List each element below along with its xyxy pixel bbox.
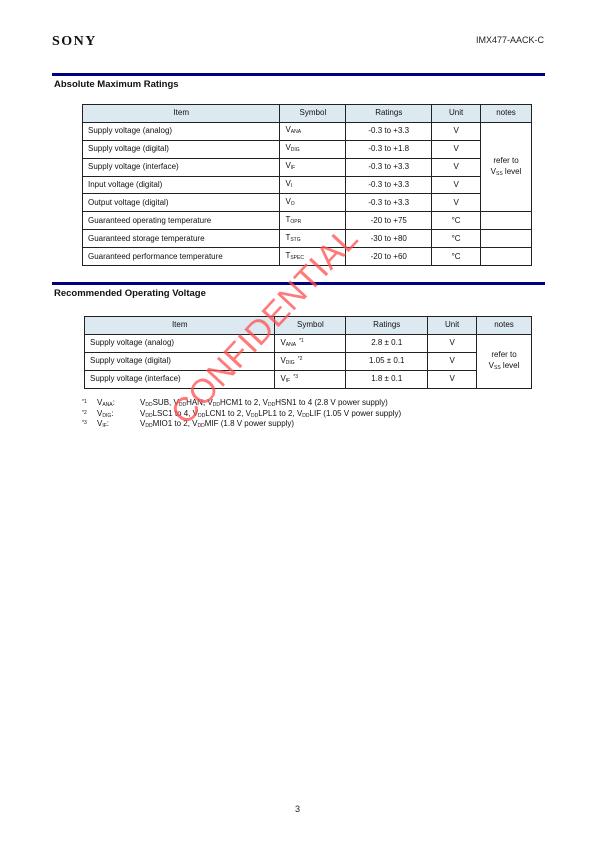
symbol-subscript: DIG bbox=[291, 147, 300, 153]
footnote-mark: *3 bbox=[82, 420, 97, 431]
table-row: Supply voltage (digital)VDIG*21.05 ± 0.1… bbox=[85, 352, 532, 370]
table-row: Guaranteed storage temperatureTSTG-30 to… bbox=[83, 230, 532, 248]
item-cell: Guaranteed operating temperature bbox=[83, 212, 280, 230]
unit-cell: V bbox=[428, 370, 477, 388]
footnote-ref: *1 bbox=[299, 338, 304, 344]
column-header: Item bbox=[83, 105, 280, 123]
footnote-ref: *3 bbox=[293, 374, 298, 380]
footnote-symbol: VANA: bbox=[97, 399, 140, 410]
ratings-cell: -0.3 to +1.8 bbox=[346, 140, 432, 158]
column-header: Symbol bbox=[280, 105, 346, 123]
footnote-symbol: VIF: bbox=[97, 420, 140, 431]
notes-cell bbox=[481, 248, 532, 266]
footnote-item: *1VANA:VDDSUB, VDDHAN, VDDHCM1 to 2, VDD… bbox=[82, 399, 401, 410]
footnote-description: VDDSUB, VDDHAN, VDDHCM1 to 2, VDDHSN1 to… bbox=[140, 399, 388, 410]
document-id: IMX477-AACK-C bbox=[476, 35, 544, 45]
table-row: Supply voltage (interface)VIF-0.3 to +3.… bbox=[83, 158, 532, 176]
item-cell: Guaranteed storage temperature bbox=[83, 230, 280, 248]
table-row: Supply voltage (digital)VDIG-0.3 to +1.8… bbox=[83, 140, 532, 158]
page-number: 3 bbox=[0, 804, 595, 814]
symbol-subscript: DIG bbox=[102, 413, 111, 419]
ratings-cell: -30 to +80 bbox=[346, 230, 432, 248]
unit-cell: °C bbox=[432, 212, 481, 230]
table-row: Guaranteed performance temperatureTSPEC-… bbox=[83, 248, 532, 266]
vdd-subscript: DD bbox=[179, 402, 186, 408]
footnote-mark: *2 bbox=[82, 410, 97, 421]
column-header: notes bbox=[477, 317, 532, 335]
ratings-cell: -0.3 to +3.3 bbox=[346, 176, 432, 194]
column-header: Unit bbox=[432, 105, 481, 123]
unit-cell: V bbox=[432, 140, 481, 158]
symbol-subscript: ANA bbox=[291, 129, 301, 135]
symbol-subscript: IF bbox=[102, 423, 106, 429]
table-header-row: ItemSymbolRatingsUnitnotes bbox=[85, 317, 532, 335]
unit-cell: V bbox=[428, 352, 477, 370]
vdd-subscript: DD bbox=[198, 413, 205, 419]
unit-cell: °C bbox=[432, 230, 481, 248]
unit-cell: °C bbox=[432, 248, 481, 266]
ratings-cell: 2.8 ± 0.1 bbox=[346, 334, 428, 352]
column-header: Ratings bbox=[346, 105, 432, 123]
symbol-subscript: DIG bbox=[286, 360, 295, 366]
table-row: Output voltage (digital)VO-0.3 to +3.3V bbox=[83, 194, 532, 212]
section-rule bbox=[52, 73, 545, 76]
notes-subscript: SS bbox=[496, 171, 503, 177]
symbol-subscript: I bbox=[291, 183, 292, 189]
item-cell: Supply voltage (analog) bbox=[85, 334, 275, 352]
column-header: notes bbox=[481, 105, 532, 123]
rec-op-table: ItemSymbolRatingsUnitnotes Supply voltag… bbox=[84, 316, 532, 389]
footnote-ref: *2 bbox=[298, 356, 303, 362]
notes-cell: refer toVSS level bbox=[477, 334, 532, 388]
item-cell: Supply voltage (interface) bbox=[83, 158, 280, 176]
section-rule bbox=[52, 282, 545, 285]
vdd-subscript: DD bbox=[268, 402, 275, 408]
abs-max-table: ItemSymbolRatingsUnitnotes Supply voltag… bbox=[82, 104, 532, 266]
ratings-cell: 1.05 ± 0.1 bbox=[346, 352, 428, 370]
item-cell: Supply voltage (interface) bbox=[85, 370, 275, 388]
notes-cell bbox=[481, 212, 532, 230]
table-row: Guaranteed operating temperatureTOPR-20 … bbox=[83, 212, 532, 230]
symbol-subscript: STG bbox=[290, 237, 300, 243]
symbol-cell: VO bbox=[280, 194, 346, 212]
column-header: Item bbox=[85, 317, 275, 335]
symbol-cell: TSTG bbox=[280, 230, 346, 248]
item-cell: Supply voltage (digital) bbox=[85, 352, 275, 370]
symbol-cell: VANA bbox=[280, 122, 346, 140]
symbol-cell: VDIG bbox=[280, 140, 346, 158]
symbol-cell: VIF*3 bbox=[275, 370, 346, 388]
notes-subscript: SS bbox=[494, 365, 501, 371]
column-header: Unit bbox=[428, 317, 477, 335]
symbol-cell: TOPR bbox=[280, 212, 346, 230]
table-row: Input voltage (digital)VI-0.3 to +3.3V bbox=[83, 176, 532, 194]
table-header-row: ItemSymbolRatingsUnitnotes bbox=[83, 105, 532, 123]
footnote-item: *3VIF:VDDMIO1 to 2, VDDMIF (1.8 V power … bbox=[82, 420, 401, 431]
footnotes: *1VANA:VDDSUB, VDDHAN, VDDHCM1 to 2, VDD… bbox=[82, 399, 401, 431]
symbol-cell: VDIG*2 bbox=[275, 352, 346, 370]
column-header: Symbol bbox=[275, 317, 346, 335]
item-cell: Output voltage (digital) bbox=[83, 194, 280, 212]
item-cell: Input voltage (digital) bbox=[83, 176, 280, 194]
footnote-description: VDDMIO1 to 2, VDDMIF (1.8 V power supply… bbox=[140, 420, 294, 431]
vdd-subscript: DD bbox=[145, 413, 152, 419]
table-row: Supply voltage (analog)VANA*12.8 ± 0.1Vr… bbox=[85, 334, 532, 352]
vdd-subscript: DD bbox=[145, 402, 152, 408]
ratings-cell: 1.8 ± 0.1 bbox=[346, 370, 428, 388]
ratings-cell: -20 to +60 bbox=[346, 248, 432, 266]
symbol-subscript: ANA bbox=[102, 402, 112, 408]
symbol-subscript: IF bbox=[291, 165, 295, 171]
symbol-subscript: SPEC bbox=[290, 255, 304, 261]
ratings-cell: -0.3 to +3.3 bbox=[346, 194, 432, 212]
vdd-subscript: DD bbox=[145, 423, 152, 429]
vdd-subscript: DD bbox=[251, 413, 258, 419]
symbol-cell: VI bbox=[280, 176, 346, 194]
symbol-subscript: ANA bbox=[286, 342, 296, 348]
abs-max-title: Absolute Maximum Ratings bbox=[54, 79, 179, 90]
symbol-subscript: OPR bbox=[290, 219, 301, 225]
table-row: Supply voltage (analog)VANA-0.3 to +3.3V… bbox=[83, 122, 532, 140]
ratings-cell: -0.3 to +3.3 bbox=[346, 158, 432, 176]
unit-cell: V bbox=[432, 122, 481, 140]
item-cell: Guaranteed performance temperature bbox=[83, 248, 280, 266]
unit-cell: V bbox=[428, 334, 477, 352]
item-cell: Supply voltage (digital) bbox=[83, 140, 280, 158]
footnote-mark: *1 bbox=[82, 399, 97, 410]
notes-cell: refer toVSS level bbox=[481, 122, 532, 211]
column-header: Ratings bbox=[346, 317, 428, 335]
unit-cell: V bbox=[432, 158, 481, 176]
notes-cell bbox=[481, 230, 532, 248]
rec-op-title: Recommended Operating Voltage bbox=[54, 288, 206, 299]
ratings-cell: -0.3 to +3.3 bbox=[346, 122, 432, 140]
symbol-subscript: IF bbox=[286, 378, 290, 384]
table-row: Supply voltage (interface)VIF*31.8 ± 0.1… bbox=[85, 370, 532, 388]
symbol-subscript: O bbox=[291, 201, 295, 207]
symbol-cell: VIF bbox=[280, 158, 346, 176]
vdd-subscript: DD bbox=[213, 402, 220, 408]
symbol-cell: VANA*1 bbox=[275, 334, 346, 352]
vdd-subscript: DD bbox=[198, 423, 205, 429]
item-cell: Supply voltage (analog) bbox=[83, 122, 280, 140]
unit-cell: V bbox=[432, 194, 481, 212]
footnote-symbol: VDIG: bbox=[97, 410, 140, 421]
sony-logo: SONY bbox=[52, 34, 97, 50]
ratings-cell: -20 to +75 bbox=[346, 212, 432, 230]
unit-cell: V bbox=[432, 176, 481, 194]
vdd-subscript: DD bbox=[302, 413, 309, 419]
symbol-cell: TSPEC bbox=[280, 248, 346, 266]
